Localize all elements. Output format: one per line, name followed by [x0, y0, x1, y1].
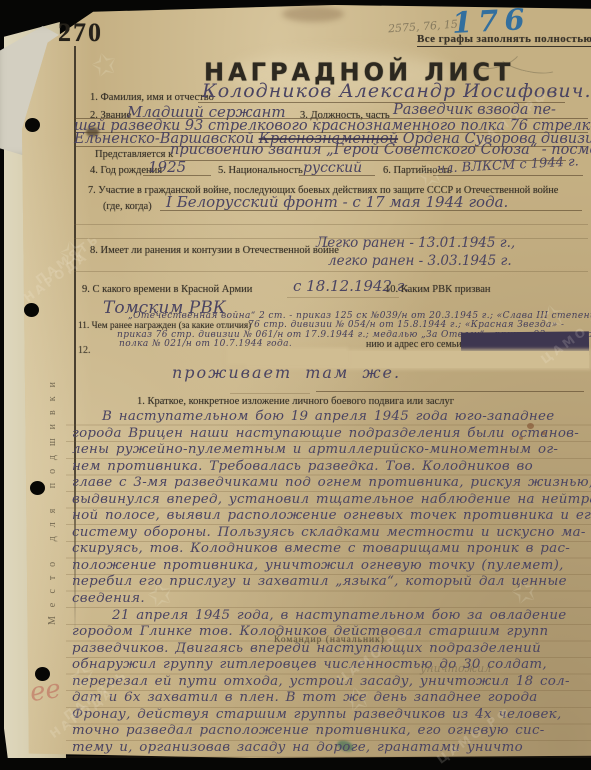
field-name-label: 1. Фамилия, имя и отчество [90, 92, 214, 103]
previous-awards-line4: полка № 021/н от 10.7.1944 года. [119, 339, 292, 349]
previous-awards-line2: 76 стр. дивизии № 054/н от 15.8.1944 г.;… [248, 320, 564, 330]
field-address-number: 12. [78, 345, 91, 356]
commander-stamp-ghost: Командир (начальник) [274, 635, 385, 645]
underline [160, 210, 582, 211]
field-drafted-by-label: 10. Каким РВК призван [385, 284, 490, 295]
feat-line: перерезал ей пути отхода, устроил засаду… [72, 674, 570, 689]
field-nationality-label: 5. Национальность [218, 165, 303, 176]
feat-line: 21 апреля 1945 года, в наступательном бо… [72, 608, 566, 623]
field-wounds-value-line1: Легко ранен - 13.01.1945 г., [316, 235, 515, 251]
field-nationality-value: русский [303, 160, 362, 176]
punch-hole [30, 481, 45, 495]
field-address-value: проживает там же. [172, 363, 401, 382]
field-address-label-fragment: нию и адрес его семьи [366, 339, 462, 350]
field-where-when-label: (где, когда) [103, 201, 152, 212]
underline [299, 175, 375, 176]
underline [143, 175, 211, 176]
ruled-line [74, 224, 588, 225]
redaction-band [228, 349, 346, 363]
punch-hole [25, 118, 40, 132]
feat-line: нем противника. Требовалась разведка. То… [72, 459, 533, 474]
feat-section-heading: 1. Краткое, конкретное изложение личного… [137, 396, 454, 407]
feat-line: В наступательном бою 19 апреля 1945 года… [72, 409, 554, 424]
underline [433, 175, 583, 176]
feat-line: дат и 6х захватил в плен. В тот же день … [72, 690, 538, 705]
feat-line: скируясь, тов. Колодников вместе с товар… [72, 541, 570, 556]
ink-stain [282, 6, 344, 22]
feat-line: выдвинулся вперед, установил тщательное … [72, 492, 591, 507]
feat-line: сведения. [72, 591, 145, 606]
feat-line: лены ружейно-пулеметным и артиллерийско-… [72, 442, 558, 457]
red-pencil-mark: ее [28, 674, 63, 708]
fill-instruction: Все графы заполнять полностью [417, 33, 591, 47]
underline [287, 297, 399, 298]
underline [316, 391, 584, 392]
field-wounds-value-line2: легко ранен - 3.03.1945 г. [328, 253, 512, 269]
feat-line: главе с 3-мя разведчиками под огнем прот… [72, 475, 591, 490]
field-birth-year-value: 1925 [148, 158, 186, 176]
feat-line: города Врицен наши наступающие подраздел… [72, 426, 579, 441]
field-war-participation-value: I Белорусский фронт - с 17 мая 1944 года… [166, 193, 508, 211]
field-wounds-label: 8. Имеет ли ранения и контузии в Отечест… [90, 245, 339, 256]
feat-line: положение противника, уничтожил огневую … [72, 558, 564, 573]
underline [230, 393, 310, 394]
binding-margin-note: Место для подшивки [47, 150, 58, 625]
archive-page-number: 270 [58, 18, 103, 48]
ruled-line [74, 271, 588, 272]
punch-hole [24, 303, 39, 317]
scanned-award-document: Место для подшивки 270 2575, 76, 15 176 … [0, 0, 591, 770]
represented-to-value: присвоению звания „Герой Советского Союз… [170, 142, 591, 158]
offset-print-ghost: уничтожил [420, 662, 491, 675]
feat-line: систему обороны. Пользуясь складками мес… [72, 525, 586, 540]
field-service-since-label: 9. С какого времени в Красной Армии [82, 284, 252, 295]
feat-line: ной полосе, выявил расположение огневых … [72, 508, 591, 523]
